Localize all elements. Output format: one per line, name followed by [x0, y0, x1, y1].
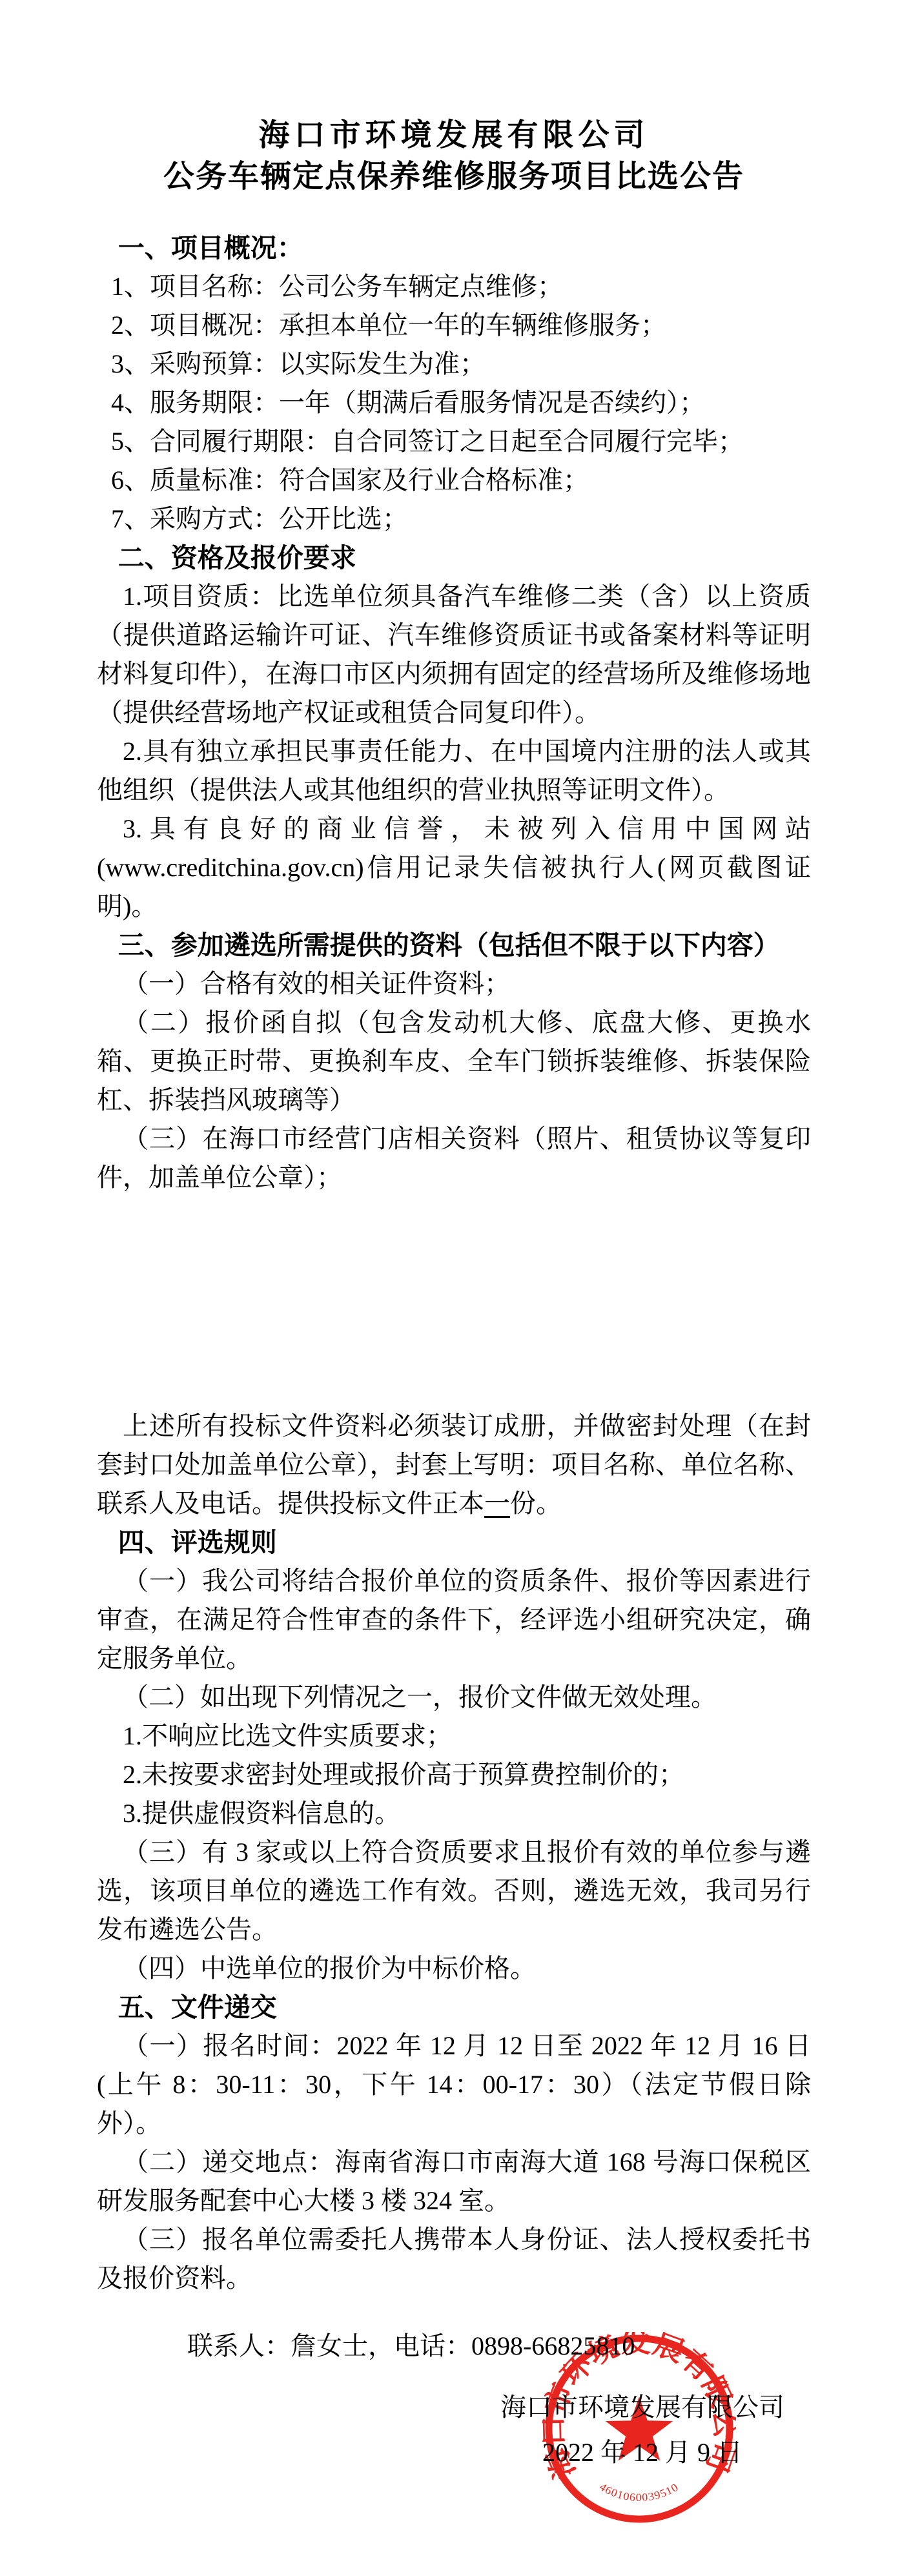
document-title: 海口市环境发展有限公司 公务车辆定点保养维修服务项目比选公告 — [97, 115, 811, 198]
section3-paragraph: （三）在海口市经营门店相关资料（照片、租赁协议等复印件，加盖单位公章）； — [97, 1119, 811, 1197]
signature-block: 海口市环境发展有限公司 2022 年 12 月 9 日 — [491, 2385, 794, 2475]
section1-item: 7、采购方式：公开比选； — [97, 500, 811, 538]
section1-item: 3、采购预算：以实际发生为准； — [97, 345, 811, 383]
section5-heading: 五、文件递交 — [97, 1988, 811, 2027]
section4-heading: 四、评选规则 — [97, 1523, 811, 1562]
binding-note-underlined-count: 一 — [484, 1489, 510, 1518]
section4-paragraph: （四）中选单位的报价为中标价格。 — [97, 1949, 811, 1988]
section3-heading: 三、参加遴选所需提供的资料（包括但不限于以下内容） — [97, 926, 811, 965]
section5-paragraph: （二）递交地点：海南省海口市南海大道 168 号海口保税区研发服务配套中心大楼 … — [97, 2143, 811, 2220]
section1-item: 6、质量标准：符合国家及行业合格标准； — [97, 461, 811, 500]
section2-paragraph: 1.项目资质：比选单位须具备汽车维修二类（含）以上资质（提供道路运输许可证、汽车… — [97, 577, 811, 732]
title-company-line: 海口市环境发展有限公司 — [97, 115, 811, 156]
section2-paragraph: 2.具有独立承担民事责任能力、在中国境内注册的法人或其他组织（提供法人或其他组织… — [97, 732, 811, 810]
section1-item: 5、合同履行期限：自合同签订之日起至合同履行完毕； — [97, 422, 811, 461]
section4-paragraph: （二）如出现下列情况之一，报价文件做无效处理。 — [97, 1678, 811, 1717]
section1-heading: 一、项目概况： — [97, 229, 811, 267]
binding-note-paragraph: 上述所有投标文件资料必须装订成册，并做密封处理（在封套封口处加盖单位公章），封套… — [97, 1407, 811, 1523]
section1-item: 2、项目概况：承担本单位一年的车辆维修服务； — [97, 306, 811, 345]
section2-heading: 二、资格及报价要求 — [97, 538, 811, 577]
section3-paragraph: （一）合格有效的相关证件资料； — [97, 965, 811, 1003]
section5-paragraph: （三）报名单位需委托人携带本人身份证、法人授权委托书及报价资料。 — [97, 2220, 811, 2298]
section4-paragraph: （三）有 3 家或以上符合资质要求且报价有效的单位参与遴选，该项目单位的遴选工作… — [97, 1833, 811, 1949]
section4-paragraph: （一）我公司将结合报价单位的资质条件、报价等因素进行审查，在满足符合性审查的条件… — [97, 1562, 811, 1678]
binding-note-before: 上述所有投标文件资料必须装订成册，并做密封处理（在封套封口处加盖单位公章），封套… — [97, 1411, 811, 1518]
signature-company: 海口市环境发展有限公司 — [491, 2385, 794, 2430]
svg-text:4601060039510: 4601060039510 — [597, 2480, 681, 2504]
section2-paragraph: 3.具有良好的商业信誉，未被列入信用中国网站(www.creditchina.g… — [97, 810, 811, 926]
section4-paragraph: 3.提供虚假资料信息的。 — [97, 1794, 811, 1833]
contact-line: 联系人：詹女士，电话：0898-66825810 — [97, 2327, 811, 2366]
section5-paragraph: （一）报名时间：2022 年 12 月 12 日至 2022 年 12 月 16… — [97, 2027, 811, 2143]
seal-code: 4601060039510 — [597, 2480, 681, 2504]
signature-date: 2022 年 12 月 9 日 — [491, 2430, 794, 2475]
section4-paragraph: 1.不响应比选文件实质要求； — [97, 1717, 811, 1755]
section1-item: 1、项目名称：公司公务车辆定点维修； — [97, 267, 811, 306]
page-break-gap — [97, 1197, 811, 1407]
section3-paragraph: （二）报价函自拟（包含发动机大修、底盘大修、更换水箱、更换正时带、更换刹车皮、全… — [97, 1003, 811, 1119]
section4-paragraph: 2.未按要求密封处理或报价高于预算费控制价的； — [97, 1755, 811, 1794]
section1-item: 4、服务期限：一年（期满后看服务情况是否续约）； — [97, 383, 811, 422]
announcement-document: 海口市环境发展有限公司 公务车辆定点保养维修服务项目比选公告 一、项目概况： 1… — [97, 0, 811, 2475]
title-project-line: 公务车辆定点保养维修服务项目比选公告 — [97, 156, 811, 198]
binding-note-after: 份。 — [510, 1489, 562, 1518]
